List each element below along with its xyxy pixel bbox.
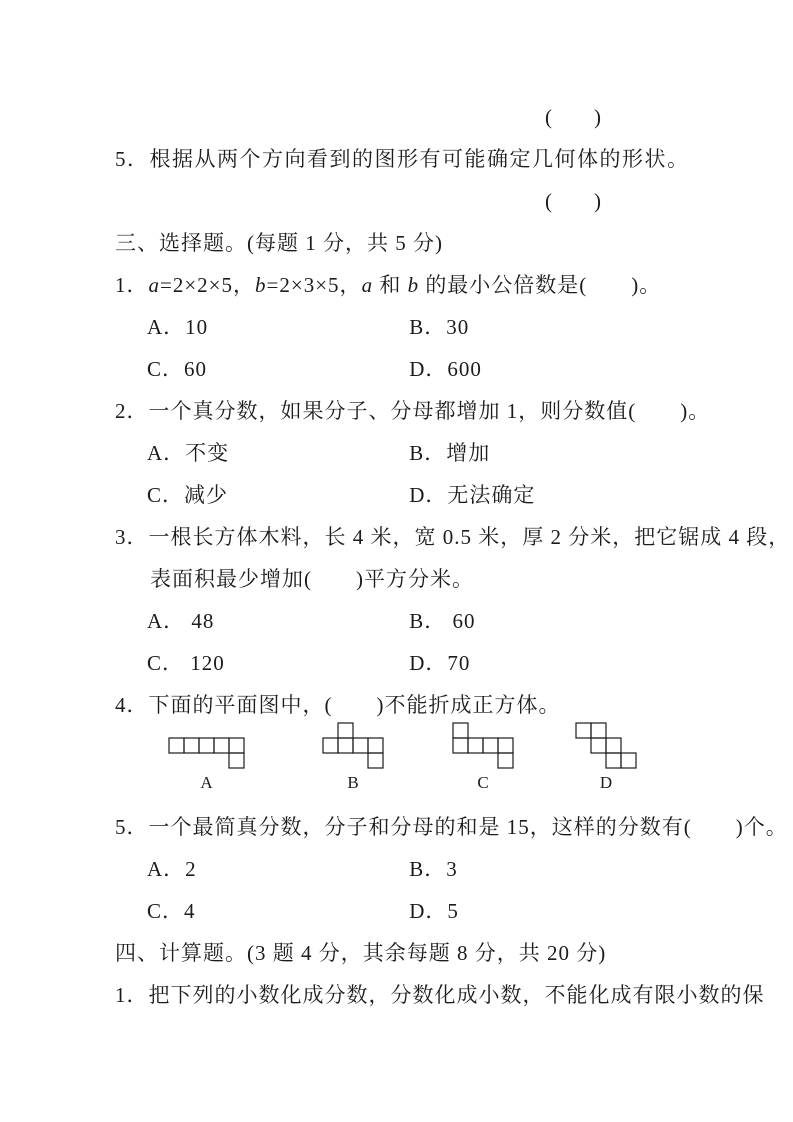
choice-option-a: A．不变 — [147, 440, 403, 466]
cube-net-a-drawing — [168, 737, 245, 769]
choice-question-2-options-row-2: C．减少 D．无法确定 — [115, 482, 753, 508]
choice-option-c: C．减少 — [147, 482, 403, 508]
section-4-heading: 四、计算题。(3 题 4 分，其余每题 8 分，共 20 分) — [115, 940, 753, 966]
cube-net-b-label: B — [347, 773, 358, 793]
choice-question-3-text-line-2: 表面积最少增加( )平方分米。 — [115, 566, 753, 592]
choice-question-5-text: 5．一个最简真分数，分子和分母的和是 15，这样的分数有( )个。 — [115, 814, 753, 840]
cube-net-d-drawing — [575, 722, 637, 769]
choice-question-2-options-row-1: A．不变 B．增加 — [115, 440, 753, 466]
cube-net-option-a: A — [168, 737, 245, 793]
choice-option-d: D．70 — [409, 651, 470, 675]
answer-blank-judgment-5: ( ) — [115, 188, 753, 214]
choice-option-c: C． 120 — [147, 650, 403, 676]
choice-question-1-options-row-1: A．10 B．30 — [115, 314, 753, 340]
cube-net-b-drawing — [322, 722, 384, 769]
choice-question-3-text-line-1: 3．一根长方体木料，长 4 米，宽 0.5 米，厚 2 分米，把它锯成 4 段， — [115, 524, 753, 550]
choice-option-b: B．3 — [409, 857, 458, 881]
choice-option-c: C．60 — [147, 356, 403, 382]
cube-net-option-c: C — [452, 722, 514, 793]
choice-option-b: B． 60 — [409, 609, 475, 633]
choice-option-c: C．4 — [147, 898, 403, 924]
choice-question-3-options-row-2: C． 120 D．70 — [115, 650, 753, 676]
cube-net-option-d: D — [575, 722, 637, 793]
cube-net-c-drawing — [452, 722, 514, 769]
exam-paper-page: ( ) 5．根据从两个方向看到的图形有可能确定几何体的形状。 ( ) 三、选择题… — [0, 0, 793, 1122]
cube-net-diagrams: A B C D — [115, 722, 753, 793]
choice-question-4-text: 4．下面的平面图中，( )不能折成正方体。 — [115, 692, 753, 718]
choice-question-2-text: 2．一个真分数，如果分子、分母都增加 1，则分数值( )。 — [115, 398, 753, 424]
cube-net-d-label: D — [600, 773, 612, 793]
answer-blank: ( ) — [545, 189, 601, 213]
choice-option-d: D．5 — [409, 899, 459, 923]
choice-question-1-options-row-2: C．60 D．600 — [115, 356, 753, 382]
choice-option-a: A． 48 — [147, 608, 403, 634]
cube-net-option-b: B — [322, 722, 384, 793]
choice-option-a: A．10 — [147, 314, 403, 340]
judgment-question-5: 5．根据从两个方向看到的图形有可能确定几何体的形状。 — [115, 146, 753, 172]
answer-blank: ( ) — [545, 105, 601, 129]
choice-option-d: D．600 — [409, 357, 482, 381]
section-3-heading: 三、选择题。(每题 1 分，共 5 分) — [115, 230, 753, 256]
choice-option-a: A．2 — [147, 856, 403, 882]
cube-net-c-label: C — [477, 773, 488, 793]
choice-option-b: B．增加 — [409, 441, 490, 465]
calculation-question-1-text: 1．把下列的小数化成分数，分数化成小数，不能化成有限小数的保 — [115, 982, 753, 1008]
choice-question-3-options-row-1: A． 48 B． 60 — [115, 608, 753, 634]
cube-net-a-label: A — [200, 773, 212, 793]
choice-question-5-options-row-2: C．4 D．5 — [115, 898, 753, 924]
choice-option-b: B．30 — [409, 315, 469, 339]
choice-question-5-options-row-1: A．2 B．3 — [115, 856, 753, 882]
choice-option-d: D．无法确定 — [409, 483, 535, 507]
answer-blank-judgment-4: ( ) — [115, 104, 753, 130]
choice-question-1-text: 1．a=2×2×5，b=2×3×5，a 和 b 的最小公倍数是( )。 — [115, 272, 753, 298]
